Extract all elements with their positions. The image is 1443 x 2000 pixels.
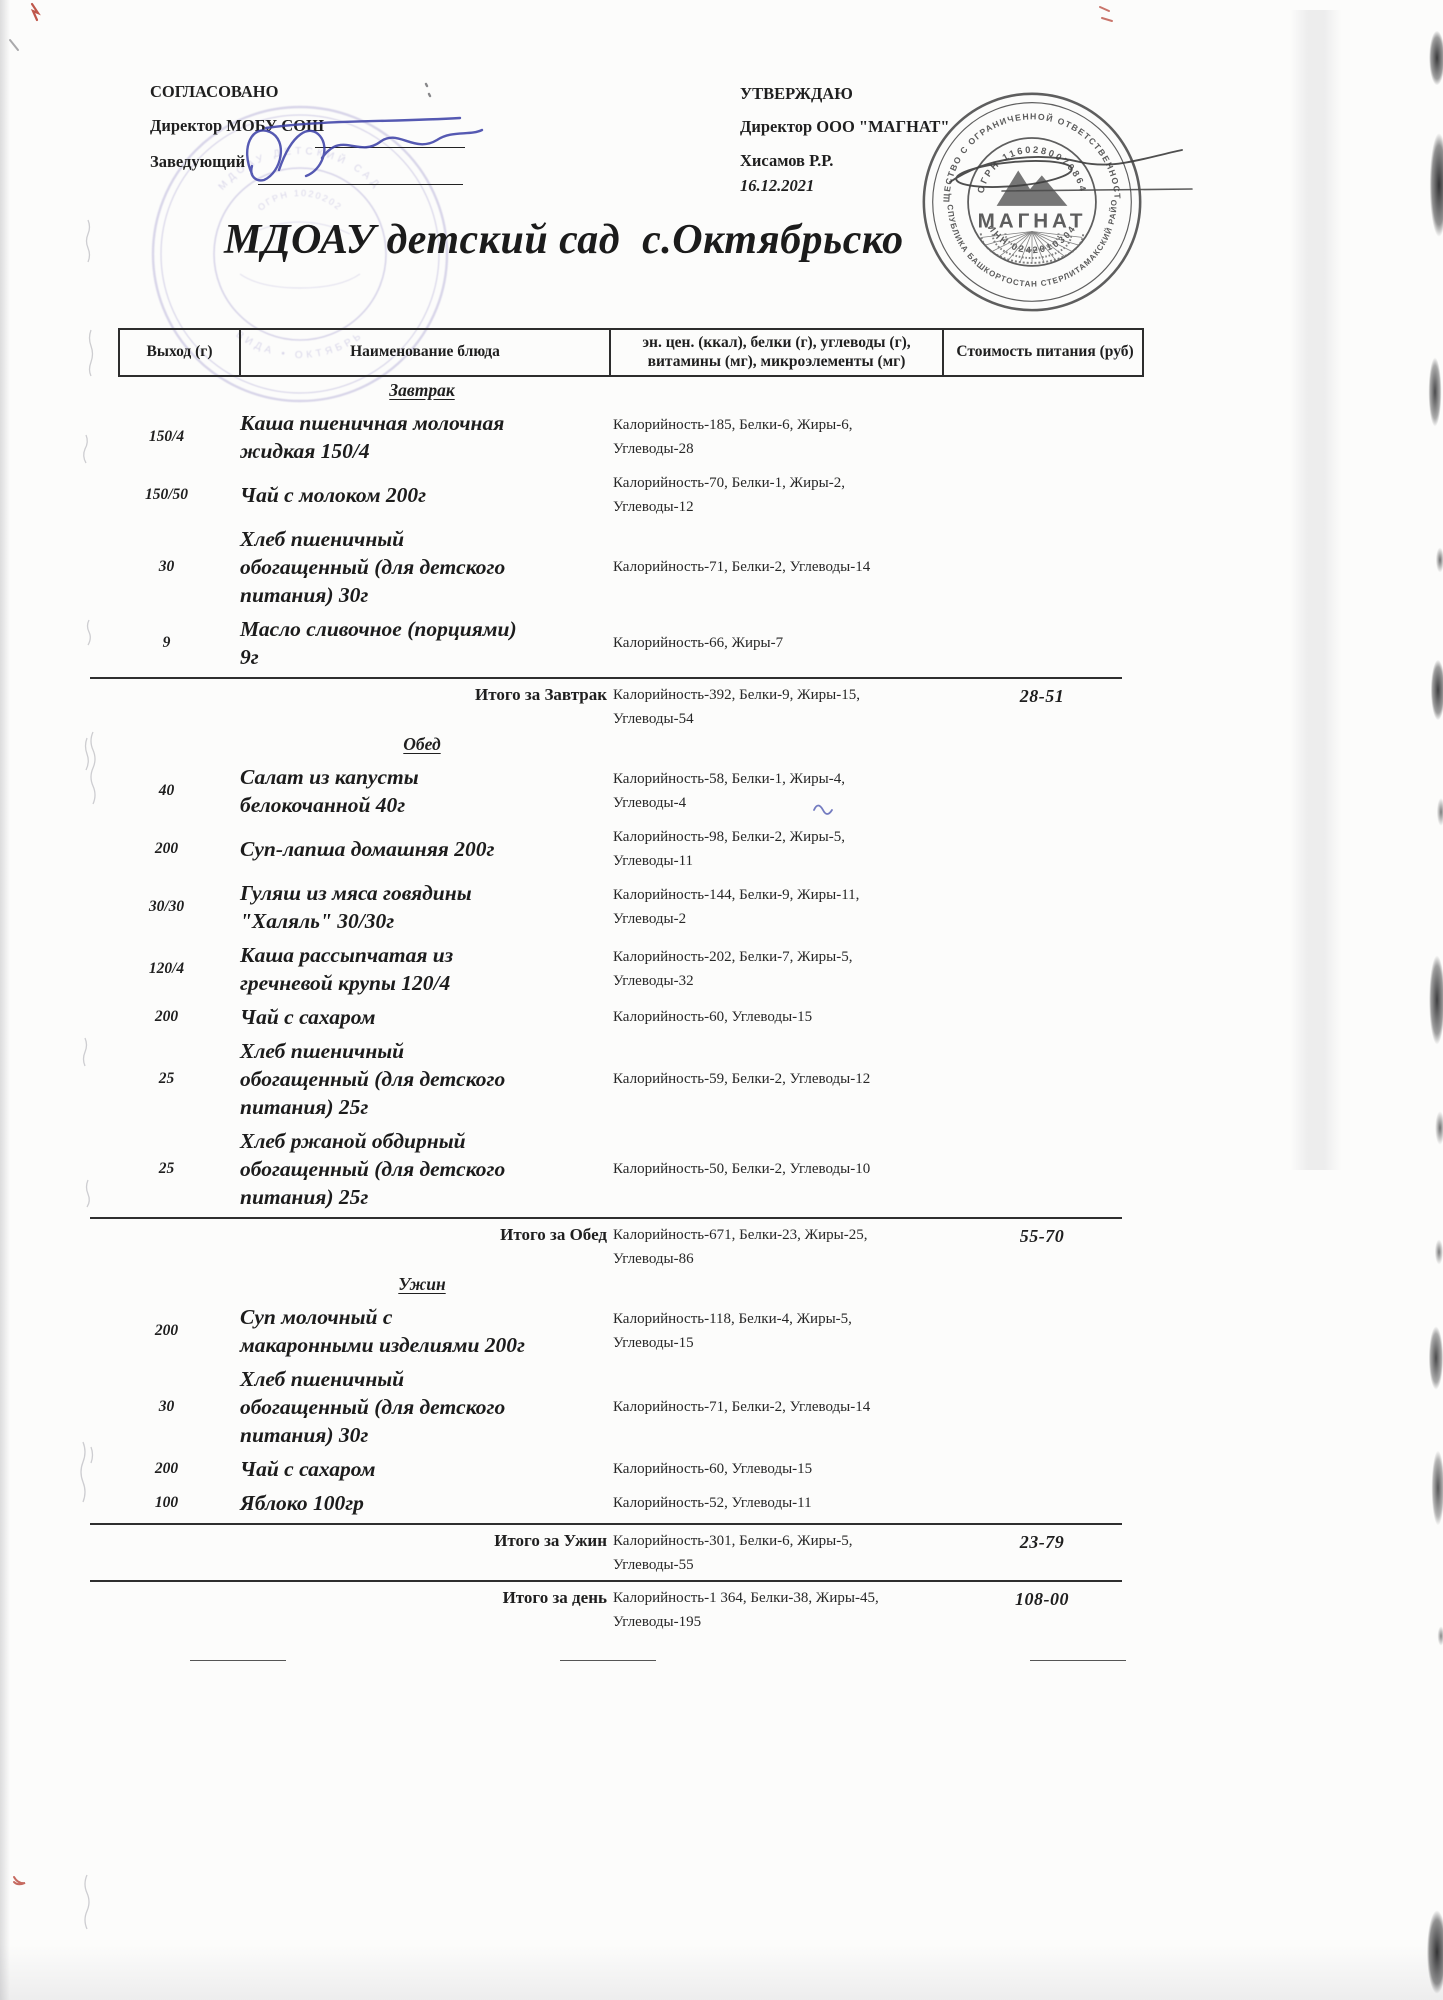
total-label: Итого за Обед xyxy=(118,1223,607,1246)
approver-role: Директор ООО "МАГНАТ" xyxy=(740,119,950,136)
dish-name: Каша пшеничная молочная жидкая 150/4 xyxy=(237,409,607,465)
table-row: 30 Хлеб пшеничный обогащенный (для детск… xyxy=(118,1365,1144,1449)
total-cost: 28-51 xyxy=(940,683,1144,707)
magnat-inn-text: ИНН 0242010304 xyxy=(986,223,1079,256)
section-heading-breakfast: Завтрак xyxy=(237,380,607,407)
dish-name: Яблоко 100гр xyxy=(237,1489,607,1517)
dish-name: Хлеб пшеничный обогащенный (для детского… xyxy=(237,525,607,609)
dish-name: Чай с сахаром xyxy=(237,1455,607,1483)
table-row: 40 Салат из капусты белокочанной 40г Кал… xyxy=(118,763,1144,819)
dish-nutrition: Калорийность-50, Белки-2, Углеводы-10 xyxy=(607,1157,940,1181)
portion-value: 100 xyxy=(118,1494,237,1512)
dish-name: Салат из капусты белокочанной 40г xyxy=(237,763,607,819)
dish-nutrition: Калорийность-60, Углеводы-15 xyxy=(607,1457,940,1481)
table-row: 100 Яблоко 100гр Калорийность-52, Углево… xyxy=(118,1489,1144,1517)
table-row: 200 Суп-лапша домашняя 200г Калорийность… xyxy=(118,825,1144,873)
portion-value: 9 xyxy=(118,634,237,652)
svg-text:ИНН 0242010304: ИНН 0242010304 xyxy=(986,223,1079,256)
violet-ogrn-text: ОГРН 1020202 xyxy=(256,188,345,213)
magnat-ogrn-text: ОГРН 1160280070864 xyxy=(976,145,1089,195)
total-label: Итого за день xyxy=(118,1586,607,1609)
total-label: Итого за Завтрак xyxy=(118,683,607,706)
dish-nutrition: Калорийность-202, Белки-7, Жиры-5, Углев… xyxy=(607,945,940,993)
bottom-signature-line-3 xyxy=(1030,1660,1126,1661)
approval-date: 16.12.2021 xyxy=(740,178,950,195)
table-row: 200 Суп молочный с макаронными изделиями… xyxy=(118,1303,1144,1359)
dish-name: Масло сливочное (порциями) 9г xyxy=(237,615,607,671)
dish-name: Чай с молоком 200г xyxy=(237,481,607,509)
svg-text:• РЕСПУБЛИКА БАШКОРТОСТАН СТЕР: • РЕСПУБЛИКА БАШКОРТОСТАН СТЕРЛИТАМАКСКИ… xyxy=(945,195,1118,289)
dish-name: Чай с сахаром xyxy=(237,1003,607,1031)
dish-nutrition: Калорийность-70, Белки-1, Жиры-2, Углево… xyxy=(607,471,940,519)
table-row: 30/30 Гуляш из мяса говядины "Халяль" 30… xyxy=(118,879,1144,935)
separator-line xyxy=(90,1523,1122,1525)
portion-value: 40 xyxy=(118,782,237,800)
magnat-ring-top-text: ОБЩЕСТВО С ОГРАНИЧЕННОЙ ОТВЕТСТВЕННОСТЬЮ xyxy=(941,111,1122,204)
header-cost: Стоимость питания (руб) xyxy=(942,330,1146,375)
dish-name: Суп-лапша домашняя 200г xyxy=(237,835,607,863)
portion-value: 30/30 xyxy=(118,898,237,916)
table-row: 30 Хлеб пшеничный обогащенный (для детск… xyxy=(118,525,1144,609)
dish-nutrition: Калорийность-58, Белки-1, Жиры-4, Углево… xyxy=(607,767,940,815)
approver-name: Хисамов Р.Р. xyxy=(740,153,950,170)
scan-left-shade xyxy=(0,0,10,2000)
portion-value: 30 xyxy=(118,1398,237,1416)
portion-value: 200 xyxy=(118,1322,237,1340)
table-row: 200 Чай с сахаром Калорийность-60, Углев… xyxy=(118,1455,1144,1483)
mountains-logo xyxy=(997,171,1068,206)
total-cost: 108-00 xyxy=(940,1586,1144,1610)
portion-value: 150/4 xyxy=(118,428,237,446)
dish-nutrition: Калорийность-59, Белки-2, Углеводы-12 xyxy=(607,1067,940,1091)
header-output: Выход (г) xyxy=(120,330,239,375)
document-title: МДОАУ детский сад с.Октябрьско xyxy=(224,216,904,264)
table-row: 150/4 Каша пшеничная молочная жидкая 150… xyxy=(118,409,1144,465)
approver-role-head: Заведующий xyxy=(150,154,324,171)
table-row: 25 Хлеб ржаной обдирный обогащенный (для… xyxy=(118,1127,1144,1211)
magnat-ring-bottom-text: • РЕСПУБЛИКА БАШКОРТОСТАН СТЕРЛИТАМАКСКИ… xyxy=(945,195,1118,289)
agreed-label: СОГЛАСОВАНО xyxy=(150,84,324,101)
portion-value: 25 xyxy=(118,1160,237,1178)
guilloche-fan xyxy=(981,231,1083,262)
day-total-row: Итого за день Калорийность-1 364, Белки-… xyxy=(118,1586,1144,1634)
separator-line xyxy=(90,1580,1122,1582)
approval-block-left: СОГЛАСОВАНО Директор МОБУ СОШ Заведующий xyxy=(150,84,324,171)
table-row: 200 Чай с сахаром Калорийность-60, Углев… xyxy=(118,1003,1144,1031)
total-nutrition: Калорийность-1 364, Белки-38, Жиры-45, У… xyxy=(607,1586,940,1634)
dish-nutrition: Калорийность-71, Белки-2, Углеводы-14 xyxy=(607,555,940,579)
section-heading-lunch: Обед xyxy=(237,734,607,761)
bottom-signature-line-2 xyxy=(560,1660,656,1661)
bottom-signature-line-1 xyxy=(190,1660,286,1661)
portion-value: 120/4 xyxy=(118,960,237,978)
scan-fold-band xyxy=(1290,10,1342,1170)
scan-bottom-wash xyxy=(0,1945,1443,2000)
table-header-row: Выход (г) Наименование блюда эн. цен. (к… xyxy=(118,328,1144,377)
separator-line xyxy=(90,1217,1122,1219)
magnat-stamp-name: МАГНАТ xyxy=(978,210,1087,233)
dish-name: Каша рассыпчатая из гречневой крупы 120/… xyxy=(237,941,607,997)
portion-value: 200 xyxy=(118,1460,237,1478)
signature-line-2 xyxy=(258,184,463,185)
dish-nutrition: Калорийность-185, Белки-6, Жиры-6, Углев… xyxy=(607,413,940,461)
dish-nutrition: Калорийность-60, Углеводы-15 xyxy=(607,1005,940,1029)
total-nutrition: Калорийность-671, Белки-23, Жиры-25, Угл… xyxy=(607,1223,940,1271)
total-nutrition: Калорийность-301, Белки-6, Жиры-5, Углев… xyxy=(607,1529,940,1577)
handwritten-signature-black xyxy=(918,128,1210,206)
portion-value: 200 xyxy=(118,840,237,858)
dish-name: Хлеб пшеничный обогащенный (для детского… xyxy=(237,1037,607,1121)
dish-name: Хлеб пшеничный обогащенный (для детского… xyxy=(237,1365,607,1449)
dish-nutrition: Калорийность-52, Углеводы-11 xyxy=(607,1491,940,1515)
menu-table: Выход (г) Наименование блюда эн. цен. (к… xyxy=(118,328,1144,1636)
svg-text:ОБЩЕСТВО С ОГРАНИЧЕННОЙ ОТВЕТС: ОБЩЕСТВО С ОГРАНИЧЕННОЙ ОТВЕТСТВЕННОСТЬЮ xyxy=(941,111,1122,204)
dish-name: Суп молочный с макаронными изделиями 200… xyxy=(237,1303,607,1359)
dish-name: Гуляш из мяса говядины "Халяль" 30/30г xyxy=(237,879,607,935)
total-cost: 55-70 xyxy=(940,1223,1144,1247)
dish-nutrition: Калорийность-118, Белки-4, Жиры-5, Углев… xyxy=(607,1307,940,1355)
dish-nutrition: Калорийность-98, Белки-2, Жиры-5, Углево… xyxy=(607,825,940,873)
signature-line-1 xyxy=(315,147,465,148)
table-row: 25 Хлеб пшеничный обогащенный (для детск… xyxy=(118,1037,1144,1121)
breakfast-total-row: Итого за Завтрак Калорийность-392, Белки… xyxy=(118,683,1144,731)
header-nutrition: эн. цен. (ккал), белки (г), углеводы (г)… xyxy=(609,330,942,375)
table-row: 150/50 Чай с молоком 200г Калорийность-7… xyxy=(118,471,1144,519)
header-dish-name: Наименование блюда xyxy=(239,330,609,375)
dish-nutrition: Калорийность-71, Белки-2, Углеводы-14 xyxy=(607,1395,940,1419)
dish-nutrition: Калорийность-66, Жиры-7 xyxy=(607,631,940,655)
approve-label: УТВЕРЖДАЮ xyxy=(740,86,950,103)
total-nutrition: Калорийность-392, Белки-9, Жиры-15, Угле… xyxy=(607,683,940,731)
dish-nutrition: Калорийность-144, Белки-9, Жиры-11, Угле… xyxy=(607,883,940,931)
dish-name: Хлеб ржаной обдирный обогащенный (для де… xyxy=(237,1127,607,1211)
table-row: 120/4 Каша рассыпчатая из гречневой круп… xyxy=(118,941,1144,997)
scan-edge-artifacts xyxy=(1395,0,1443,2000)
dinner-total-row: Итого за Ужин Калорийность-301, Белки-6,… xyxy=(118,1529,1144,1577)
portion-value: 200 xyxy=(118,1008,237,1026)
table-row: 9 Масло сливочное (порциями) 9г Калорийн… xyxy=(118,615,1144,671)
svg-text:ОГРН 1160280070864: ОГРН 1160280070864 xyxy=(976,145,1089,195)
svg-text:ОГРН 1020202: ОГРН 1020202 xyxy=(256,188,345,213)
total-label: Итого за Ужин xyxy=(118,1529,607,1552)
total-cost: 23-79 xyxy=(940,1529,1144,1553)
approver-role-director: Директор МОБУ СОШ xyxy=(150,118,324,135)
separator-line xyxy=(90,677,1122,679)
portion-value: 25 xyxy=(118,1070,237,1088)
document-page: СОГЛАСОВАНО Директор МОБУ СОШ Заведующий… xyxy=(0,0,1443,2000)
section-heading-dinner: Ужин xyxy=(237,1274,607,1301)
lunch-total-row: Итого за Обед Калорийность-671, Белки-23… xyxy=(118,1223,1144,1271)
approval-block-right: УТВЕРЖДАЮ Директор ООО "МАГНАТ" Хисамов … xyxy=(740,86,950,194)
portion-value: 30 xyxy=(118,558,237,576)
pencil-scribbles xyxy=(58,180,112,1980)
portion-value: 150/50 xyxy=(118,486,237,504)
